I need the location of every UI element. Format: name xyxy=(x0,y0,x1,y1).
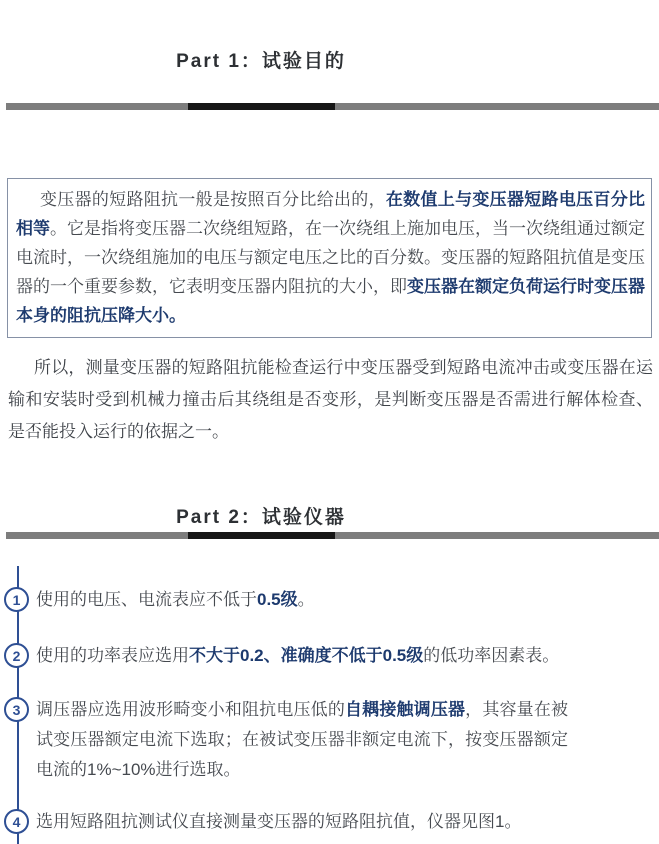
item-number-badge-4: 4 xyxy=(4,809,29,834)
highlight-text-segment: 不大于0.2、准确度不低于0.5级 xyxy=(189,646,423,665)
text-segment: 使用的功率表应选用 xyxy=(36,646,189,665)
item-number-3: 3 xyxy=(13,702,21,718)
list-item-3: 3 调压器应选用波形畸变小和阻抗电压低的自耦接触调压器，其容量在被试变压器额定电… xyxy=(4,695,572,785)
purpose-paragraph: 所以，测量变压器的短路阻抗能检查运行中变压器受到短路电流冲击或变压器在运输和安装… xyxy=(8,352,653,448)
text-segment: 变压器的短路阻抗一般是按照百分比给出的， xyxy=(40,190,386,209)
list-item-1: 1 使用的电压、电流表应不低于0.5级。 xyxy=(4,585,572,615)
text-segment: 使用的电压、电流表应不低于 xyxy=(36,590,257,609)
article-page: Part 1：试验目的 变压器的短路阻抗一般是按照百分比给出的，在数值上与变压器… xyxy=(0,0,659,844)
part1-divider-rule xyxy=(6,103,659,110)
part1-heading: Part 1：试验目的 xyxy=(0,46,522,73)
text-segment: 选用短路阻抗测试仪直接测量变压器的短路阻抗值，仪器见图1。 xyxy=(36,812,521,831)
intro-text-box: 变压器的短路阻抗一般是按照百分比给出的，在数值上与变压器短路电压百分比相等。它是… xyxy=(7,178,652,338)
intro-text: 变压器的短路阻抗一般是按照百分比给出的，在数值上与变压器短路电压百分比相等。它是… xyxy=(16,185,645,330)
item-number-1: 1 xyxy=(13,592,21,608)
item-number-badge-1: 1 xyxy=(4,587,29,612)
highlight-text-segment: 0.5级 xyxy=(257,590,298,609)
list-item-text-2: 使用的功率表应选用不大于0.2、准确度不低于0.5级的低功率因素表。 xyxy=(36,641,568,671)
item-number-4: 4 xyxy=(13,814,21,830)
part2-divider-rule xyxy=(6,532,659,539)
item-number-badge-2: 2 xyxy=(4,643,29,668)
list-item-text-4: 选用短路阻抗测试仪直接测量变压器的短路阻抗值，仪器见图1。 xyxy=(36,807,568,837)
highlight-text-segment: 自耦接触调压器 xyxy=(345,700,465,719)
text-segment: 。 xyxy=(298,590,315,609)
part2-heading: Part 2：试验仪器 xyxy=(0,502,522,529)
list-item-text-1: 使用的电压、电流表应不低于0.5级。 xyxy=(36,585,568,615)
list-item-4: 4 选用短路阻抗测试仪直接测量变压器的短路阻抗值，仪器见图1。 xyxy=(4,807,572,837)
text-segment: 的低功率因素表。 xyxy=(423,646,559,665)
part1-divider-accent xyxy=(188,103,335,110)
item-number-2: 2 xyxy=(13,648,21,664)
text-segment: 调压器应选用波形畸变小和阻抗电压低的 xyxy=(36,700,345,719)
list-item-2: 2 使用的功率表应选用不大于0.2、准确度不低于0.5级的低功率因素表。 xyxy=(4,641,572,671)
item-number-badge-3: 3 xyxy=(4,697,29,722)
list-item-text-3: 调压器应选用波形畸变小和阻抗电压低的自耦接触调压器，其容量在被试变压器额定电流下… xyxy=(36,695,568,785)
part2-divider-accent xyxy=(188,532,335,539)
